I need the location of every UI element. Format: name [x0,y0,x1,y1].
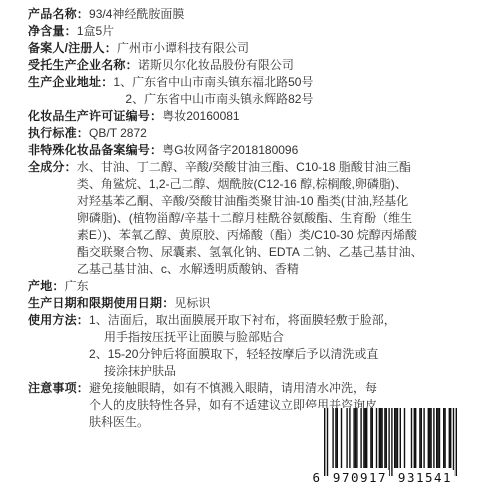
content-line: 接涂抹护肤品 [104,363,478,380]
content-line: 酯交联聚合物、尿囊素、氢氧化钠、EDTA 二钠、乙基己基甘油、 [77,244,478,261]
content-line: 2、15-20分钟后将面膜取下，轻轻按摩后予以清洗或直 [89,346,478,363]
row-label: 非特殊化妆品备案编号： [28,142,162,159]
label-row: 产地：广东 [28,278,478,295]
row-content: 广州市小谭科技有限公司 [117,40,478,57]
content-line: 粤妆20160081 [162,108,478,125]
content-line: 对羟基苯乙酮、辛酸/癸酸甘油酯类聚甘油-10 酯类(甘油,羟基化 [77,193,478,210]
label-row: 化妆品生产许可证编号：粤妆20160081 [28,108,478,125]
label-row: 非特殊化妆品备案编号：粤G妆网备字2018180096 [28,142,478,159]
barcode-digit-left: 6 [304,470,320,485]
row-label: 生产企业地址： [28,74,113,91]
row-content: 1、洁面后，取出面膜展开取下衬布，将面膜轻敷于脸部，用手指按压抚平让面膜与脸部贴… [89,312,478,380]
content-line: 1、洁面后，取出面膜展开取下衬布，将面膜轻敷于脸部， [89,312,478,329]
row-content: 1、广东省中山市南头镇东福北路50号2、广东省中山市南头镇永辉路82号 [113,74,478,108]
label-rows: 产品名称：93/4神经酰胺面膜净含量：1盒5片备案人/注册人：广州市小谭科技有限… [28,6,478,431]
label-row: 备案人/注册人：广州市小谭科技有限公司 [28,40,478,57]
content-line: 1、广东省中山市南头镇东福北路50号 [113,74,478,91]
row-label: 产品名称： [28,6,89,23]
row-content: 粤G妆网备字2018180096 [162,142,478,159]
content-line: 水、甘油、丁二醇、辛酸/癸酸甘油三酯、C10-18 脂酸甘油三酯 [77,159,478,176]
row-content: QB/T 2872 [89,125,478,142]
barcode-digits-group2: 931541 [396,470,454,485]
label-row: 执行标准：QB/T 2872 [28,125,478,142]
content-line: QB/T 2872 [89,125,478,142]
label-row: 受托生产企业名称：诺斯贝尔化妆品股份有限公司 [28,57,478,74]
content-line: 类、角鲨烷、1,2-己二醇、烟酰胺(C12-16 醇,棕榈酸,卵磷脂)、 [77,176,478,193]
content-line: 卵磷脂)、(植物甾醇/辛基十二醇月桂酰谷氨酸酯、生育酚（维生 [77,210,478,227]
label-row: 净含量：1盒5片 [28,23,478,40]
content-line: 素E）)、苯氧乙醇、黄原胶、丙烯酸（酯）类/C10-30 烷醇丙烯酸 [77,227,478,244]
row-label: 生产日期和限期使用日期： [28,295,174,312]
row-content: 见标识 [174,295,478,312]
content-line: 2、广东省中山市南头镇永辉路82号 [125,91,478,108]
ean13-barcode: 6 970917 931541 [304,408,460,494]
row-label: 注意事项： [28,380,89,397]
content-line: 避免接触眼睛，如有不慎溅入眼睛，请用清水冲洗，每 [89,380,478,397]
content-line: 93/4神经酰胺面膜 [89,6,478,23]
row-content: 诺斯贝尔化妆品股份有限公司 [138,57,478,74]
label-row: 生产日期和限期使用日期：见标识 [28,295,478,312]
label-row: 生产企业地址：1、广东省中山市南头镇东福北路50号2、广东省中山市南头镇永辉路8… [28,74,478,108]
row-content: 广东 [65,278,478,295]
row-label: 化妆品生产许可证编号： [28,108,162,125]
barcode-bars [324,408,458,476]
label-row: 全成分：水、甘油、丁二醇、辛酸/癸酸甘油三酯、C10-18 脂酸甘油三酯类、角鲨… [28,159,478,278]
content-line: 诺斯贝尔化妆品股份有限公司 [138,57,478,74]
row-label: 执行标准： [28,125,89,142]
content-line: 广东 [65,278,478,295]
row-content: 1盒5片 [77,23,478,40]
row-content: 粤妆20160081 [162,108,478,125]
barcode-digits-group1: 970917 [331,470,389,485]
content-line: 1盒5片 [77,23,478,40]
content-line: 用手指按压抚平让面膜与脸部贴合 [104,329,478,346]
content-line: 见标识 [174,295,478,312]
row-content: 水、甘油、丁二醇、辛酸/癸酸甘油三酯、C10-18 脂酸甘油三酯类、角鲨烷、1,… [77,159,478,278]
row-label: 使用方法： [28,312,89,329]
content-line: 粤G妆网备字2018180096 [162,142,478,159]
content-line: 乙基己基甘油、c、水解透明质酸钠、香精 [77,261,478,278]
barcode-digits: 6 970917 931541 [304,468,460,486]
label-row: 使用方法：1、洁面后，取出面膜展开取下衬布，将面膜轻敷于脸部，用手指按压抚平让面… [28,312,478,380]
product-label-sheet: 产品名称：93/4神经酰胺面膜净含量：1盒5片备案人/注册人：广州市小谭科技有限… [0,0,500,500]
content-line: 广州市小谭科技有限公司 [117,40,478,57]
label-row: 产品名称：93/4神经酰胺面膜 [28,6,478,23]
row-label: 净含量： [28,23,77,40]
row-label: 全成分： [28,159,77,176]
row-label: 产地： [28,278,65,295]
row-content: 93/4神经酰胺面膜 [89,6,478,23]
row-label: 备案人/注册人： [28,40,117,57]
row-label: 受托生产企业名称： [28,57,138,74]
